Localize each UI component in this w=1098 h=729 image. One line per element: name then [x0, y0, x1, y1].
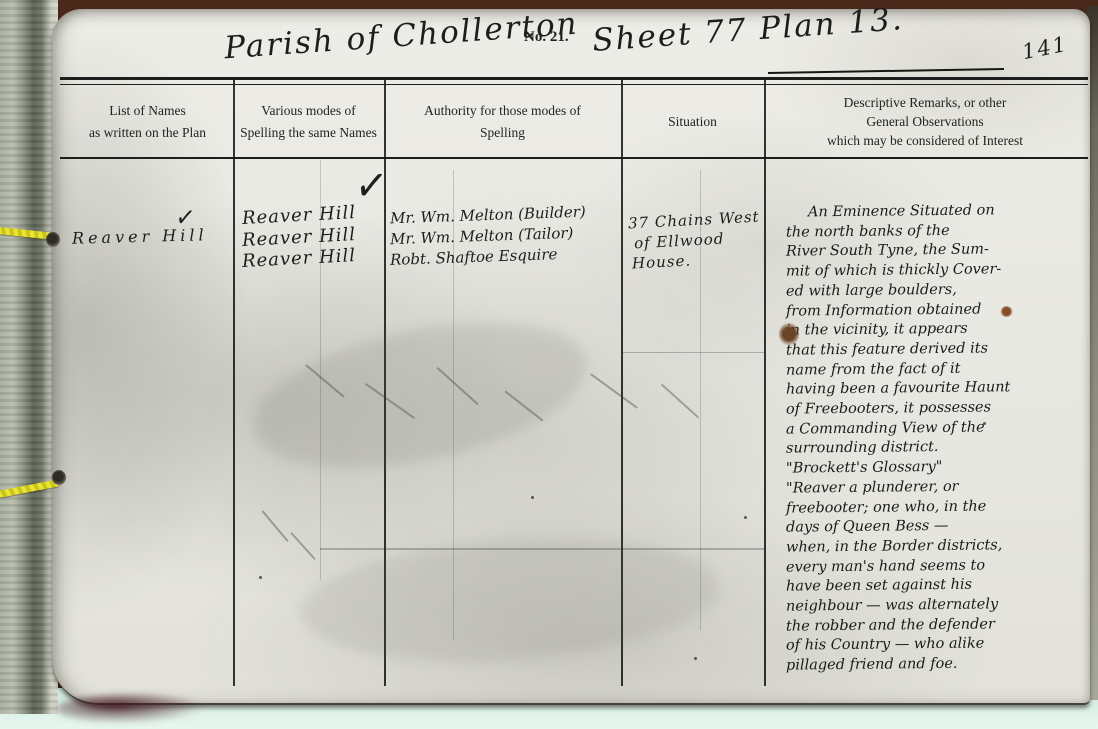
remarks-line: ed with large boulders, — [786, 279, 1092, 302]
column-header-spellings: Various modes of Spelling the same Names — [233, 88, 384, 156]
column-header-authority: Authority for those modes of Spelling — [384, 88, 621, 156]
speck — [531, 496, 534, 499]
header-line: which may be considered of Interest — [827, 134, 1023, 148]
remarks-line: "Reaver a plunderer, or — [786, 476, 1092, 499]
header-line: Situation — [668, 115, 717, 129]
header-line: Spelling the same Names — [240, 126, 377, 140]
header-line: Various modes of — [261, 104, 356, 118]
remarks-paragraph: An Eminence Situated on the north banks … — [786, 202, 1092, 675]
table-top-rule-thin — [60, 84, 1088, 85]
column-header-remarks: Descriptive Remarks, or other General Ob… — [764, 88, 1086, 156]
ink-stain — [779, 322, 799, 346]
sheet-number-label: No. 21. — [524, 29, 569, 46]
situation-line: House. — [632, 251, 692, 272]
speck — [259, 576, 262, 579]
remarks-line: that this feature derived its — [786, 338, 1092, 361]
ink-stain — [1000, 306, 1013, 317]
page-corner-shadow — [56, 694, 206, 724]
remarks-line: An Eminence Situated on — [786, 200, 1092, 223]
table-top-rule-thick — [60, 77, 1088, 80]
scanned-ledger-photo: Parish of Chollerton No. 21. Sheet 77 Pl… — [0, 0, 1098, 729]
speck — [983, 422, 986, 425]
speck — [744, 516, 747, 519]
remarks-line: pillaged friend and foe. — [786, 654, 1092, 677]
column-divider-1 — [233, 80, 235, 686]
header-line: as written on the Plan — [89, 126, 206, 140]
bleedthrough-line — [622, 352, 764, 353]
column-divider-4 — [764, 80, 766, 686]
binding-hole-bottom — [52, 470, 66, 485]
header-line: Spelling — [480, 126, 525, 140]
column-header-names: List of Names as written on the Plan — [62, 88, 233, 156]
header-line: General Observations — [866, 115, 983, 129]
header-bottom-rule — [60, 157, 1088, 159]
header-line: List of Names — [109, 104, 186, 118]
header-line: Authority for those modes of — [424, 104, 581, 118]
header-line: Descriptive Remarks, or other — [844, 96, 1007, 110]
place-name-entry: Reaver Hill — [72, 225, 208, 248]
column-header-situation: Situation — [621, 88, 764, 156]
binding-hole-top — [46, 232, 60, 247]
book-left-page-edges — [0, 0, 58, 714]
remarks-line: when, in the Border districts, — [786, 535, 1092, 558]
speck — [694, 657, 697, 660]
